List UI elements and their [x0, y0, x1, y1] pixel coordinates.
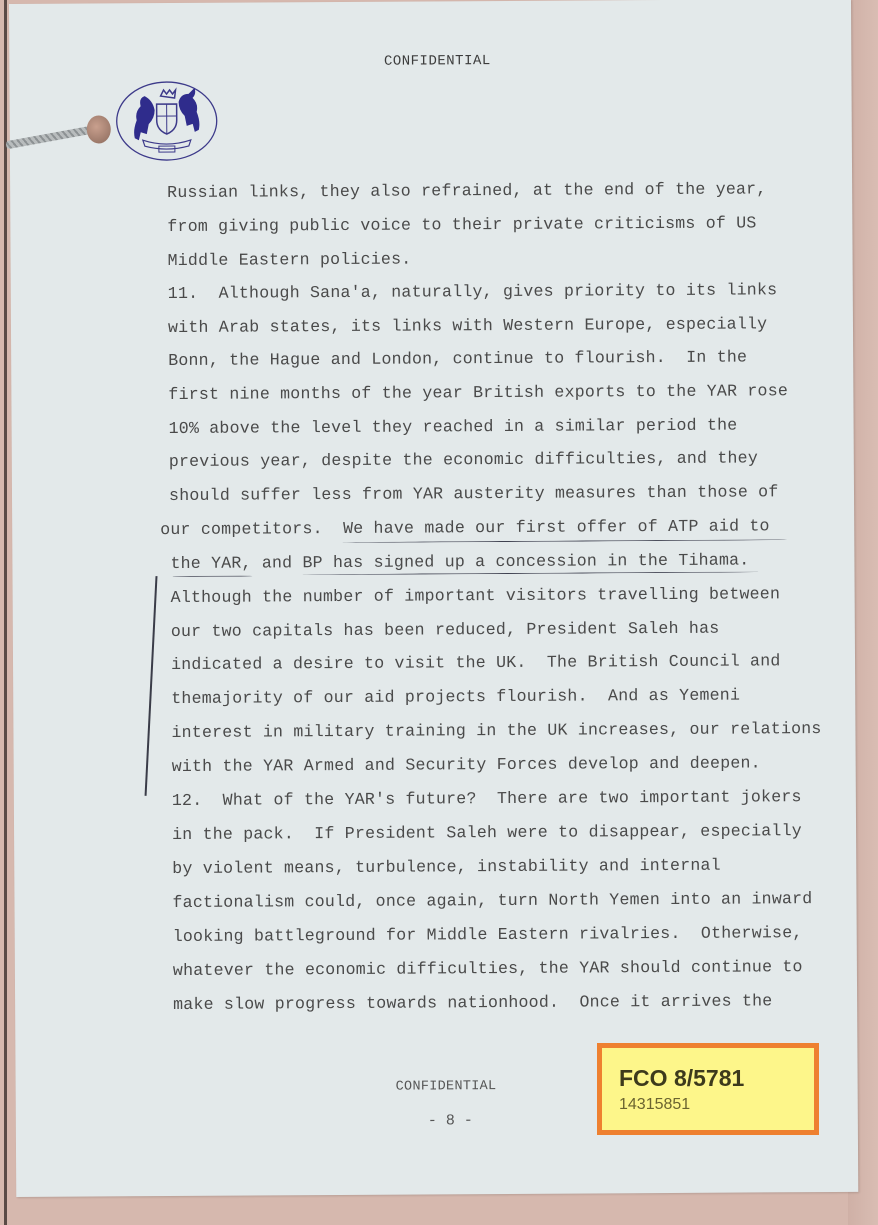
- text-line: with Arab states, its links with Western…: [168, 314, 767, 337]
- text-line: factionalism could, once again, turn Nor…: [172, 889, 812, 912]
- text-line: first nine months of the year British ex…: [168, 381, 788, 404]
- punch-hole: [87, 115, 111, 143]
- text-line: Middle Eastern policies.: [168, 250, 412, 270]
- text-line: looking battleground for Middle Eastern …: [173, 923, 803, 946]
- paragraph-11-start: 11. Although Sana'a, naturally, gives pr…: [168, 280, 778, 303]
- text-line: whatever the economic difficulties, the …: [173, 957, 803, 980]
- classification-footer: CONFIDENTIAL: [396, 1079, 497, 1095]
- text-line: by violent means, turbulence, instabilit…: [172, 856, 721, 878]
- handwritten-underline: [342, 539, 788, 543]
- text-line: themajority of our aid projects flourish…: [171, 686, 740, 708]
- text-line: should suffer less from YAR austerity me…: [169, 482, 779, 505]
- handwritten-underline: [172, 576, 252, 577]
- classification-header: CONFIDENTIAL: [9, 51, 865, 72]
- text-line: Russian links, they also refrained, at t…: [167, 179, 766, 202]
- text-line: interest in military training in the UK …: [171, 719, 821, 742]
- text-line: indicated a desire to visit the UK. The …: [171, 651, 781, 674]
- text-line: previous year, despite the economic diff…: [169, 448, 758, 471]
- handwritten-underline: [302, 571, 758, 575]
- page-number: - 8 -: [428, 1112, 473, 1129]
- text-line: make slow progress towards nationhood. O…: [173, 991, 772, 1014]
- text-line: the YAR, and BP has signed up a concessi…: [170, 550, 749, 573]
- archive-item-id: 14315851: [619, 1096, 690, 1114]
- text-line: in the pack. If President Saleh were to …: [172, 821, 802, 844]
- text-line: 10% above the level they reached in a si…: [169, 416, 738, 438]
- text-line: from giving public voice to their privat…: [167, 213, 756, 236]
- text-line: with the YAR Armed and Security Forces d…: [172, 753, 761, 776]
- document-page: CONFIDENTIAL Russian links, they also re…: [9, 0, 858, 1197]
- royal-coat-of-arms-icon: [114, 80, 218, 163]
- treasury-tag-string: [5, 126, 93, 150]
- text-line: our competitors. We have made our first …: [160, 516, 770, 539]
- handwritten-margin-line: [145, 576, 158, 796]
- archive-reference: FCO 8/5781: [619, 1065, 744, 1092]
- archive-reference-label: FCO 8/5781 14315851: [597, 1043, 819, 1135]
- text-line: Although the number of important visitor…: [171, 584, 781, 607]
- text-line: our two capitals has been reduced, Presi…: [171, 619, 720, 641]
- text-line: Bonn, the Hague and London, continue to …: [168, 347, 747, 370]
- desk-gap: [4, 0, 7, 1225]
- paragraph-12-start: 12. What of the YAR's future? There are …: [172, 787, 802, 810]
